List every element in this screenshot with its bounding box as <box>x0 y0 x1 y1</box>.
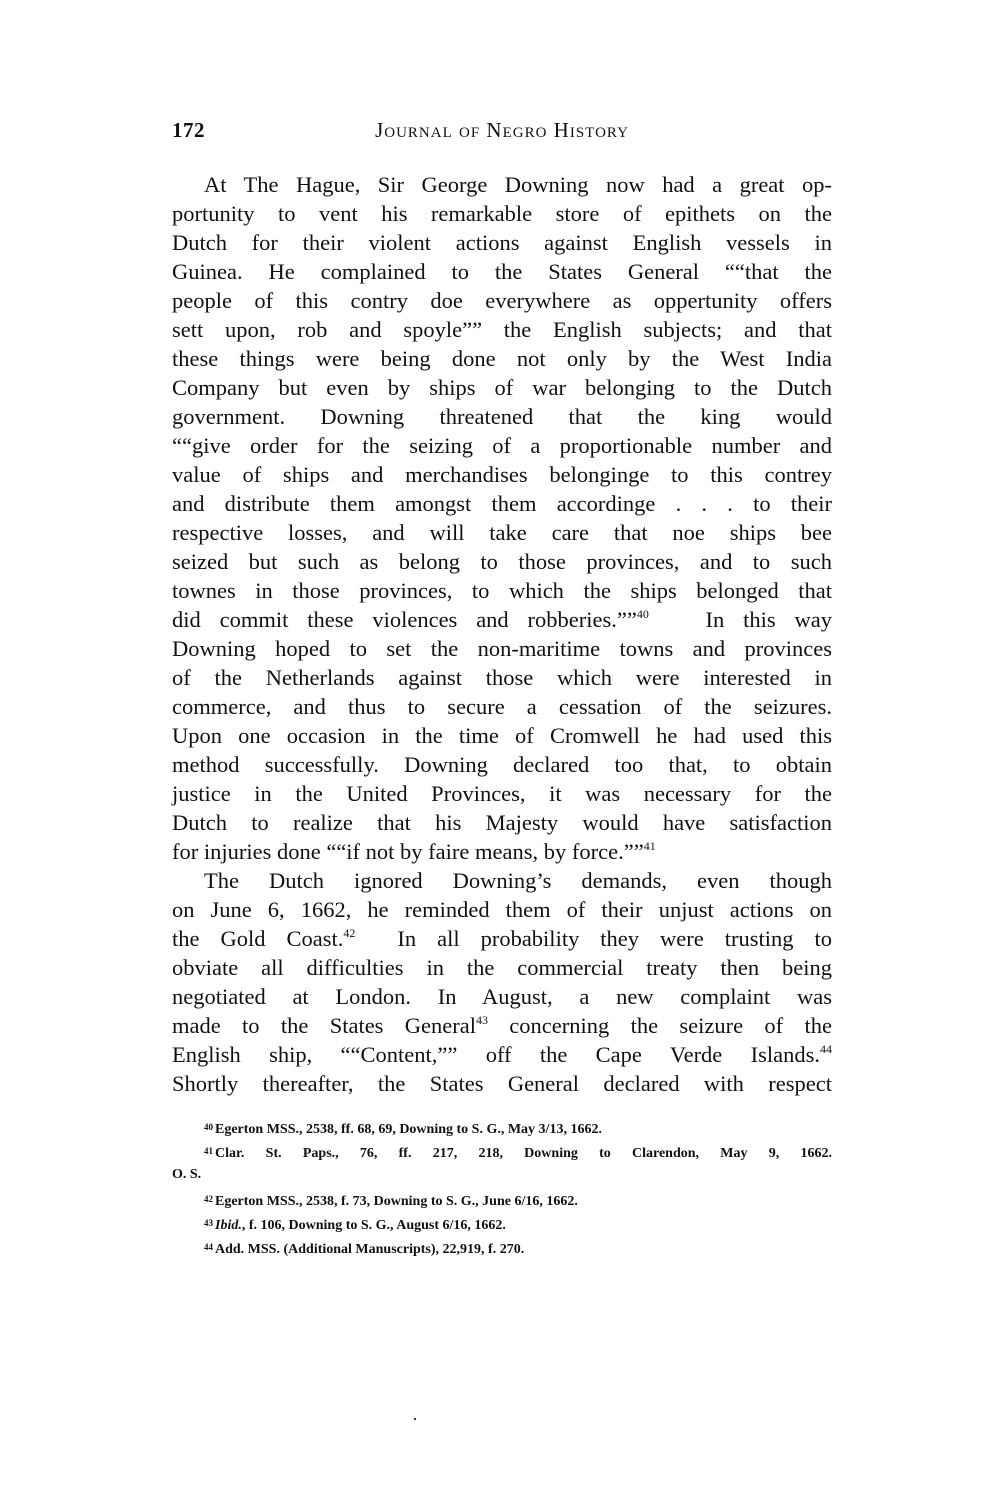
text-line: Upon one occasion in the time of Cromwel… <box>172 721 832 750</box>
text-line: government. Downing threatened that the … <box>172 402 832 431</box>
footnotes: 40Egerton MSS., 2538, ff. 68, 69, Downin… <box>172 1115 832 1259</box>
text-line: these things were being done not only by… <box>172 344 832 373</box>
text-line: method successfully. Downing declared to… <box>172 750 832 779</box>
text-line: the Gold Coast.42 In all probability the… <box>172 924 832 953</box>
footnote-ref-41[interactable]: 41 <box>644 839 656 853</box>
text-line: on June 6, 1662, he reminded them of the… <box>172 895 832 924</box>
text-line: justice in the United Provinces, it was … <box>172 779 832 808</box>
text-line: sett upon, rob and spoyle”” the English … <box>172 315 832 344</box>
footnote-41-continuation: O. S. <box>172 1163 832 1187</box>
text-line: Downing hoped to set the non-maritime to… <box>172 634 832 663</box>
text-line: Shortly thereafter, the States General d… <box>172 1069 832 1098</box>
footnote-42: 42Egerton MSS., 2538, f. 73, Downing to … <box>172 1187 832 1211</box>
footnote-ref-44[interactable]: 44 <box>820 1042 832 1056</box>
text-line: people of this contry doe everywhere as … <box>172 286 832 315</box>
footnote-ref-42[interactable]: 42 <box>343 926 355 940</box>
text-line: value of ships and merchandises belongin… <box>172 460 832 489</box>
footnote-ref-43[interactable]: 43 <box>476 1013 488 1027</box>
text-line: Dutch to realize that his Majesty would … <box>172 808 832 837</box>
footnote-ref-40[interactable]: 40 <box>637 607 649 621</box>
text-line: did commit these violences and robberies… <box>172 605 832 634</box>
text-line: commerce, and thus to secure a cessation… <box>172 692 832 721</box>
scan-speck <box>414 1418 416 1420</box>
footnote-41: 41Clar. St. Paps., 76, ff. 217, 218, Dow… <box>172 1139 832 1163</box>
footnote-43: 43Ibid., f. 106, Downing to S. G., Augus… <box>172 1211 832 1235</box>
text-line: of the Netherlands against those which w… <box>172 663 832 692</box>
text-line: obviate all difficulties in the commerci… <box>172 953 832 982</box>
page-number: 172 <box>172 118 205 143</box>
text-line: The Dutch ignored Downing’s demands, eve… <box>172 866 832 895</box>
text-line: Dutch for their violent actions against … <box>172 228 832 257</box>
body-text: At The Hague, Sir George Downing now had… <box>172 170 832 1098</box>
page-header: Journal of Negro History 172 <box>172 118 832 148</box>
footnote-40: 40Egerton MSS., 2538, ff. 68, 69, Downin… <box>172 1115 832 1139</box>
text-line: At The Hague, Sir George Downing now had… <box>172 170 832 199</box>
text-line: and distribute them amongst them accordi… <box>172 489 832 518</box>
text-line: portunity to vent his remarkable store o… <box>172 199 832 228</box>
text-line: for injuries done ““if not by faire mean… <box>172 837 832 866</box>
text-line: ““give order for the seizing of a propor… <box>172 431 832 460</box>
running-title: Journal of Negro History <box>172 118 832 143</box>
text-line: respective losses, and will take care th… <box>172 518 832 547</box>
text-line: seized but such as belong to those provi… <box>172 547 832 576</box>
footnote-44: 44Add. MSS. (Additional Manuscripts), 22… <box>172 1235 832 1259</box>
text-line: English ship, ““Content,”” off the Cape … <box>172 1040 832 1069</box>
text-line: Guinea. He complained to the States Gene… <box>172 257 832 286</box>
text-line: made to the States General43 concerning … <box>172 1011 832 1040</box>
text-line: Company but even by ships of war belongi… <box>172 373 832 402</box>
text-line: negotiated at London. In August, a new c… <box>172 982 832 1011</box>
text-line: townes in those provinces, to which the … <box>172 576 832 605</box>
